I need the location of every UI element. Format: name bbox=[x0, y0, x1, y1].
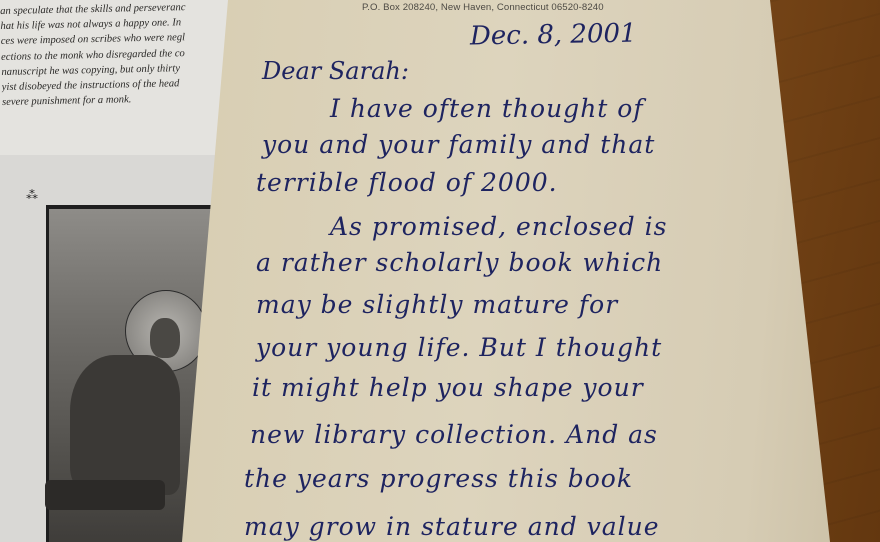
letter-line: the years progress this book bbox=[244, 464, 633, 493]
letter-line: terrible flood of 2000. bbox=[256, 168, 558, 197]
book-printed-text: an speculate that the skills and perseve… bbox=[0, 0, 242, 110]
letter-line: you and your family and that bbox=[262, 130, 655, 159]
letter-date: Dec. 8, 2001 bbox=[470, 19, 637, 52]
monk-body bbox=[70, 355, 180, 495]
letter-line: may be slightly mature for bbox=[256, 290, 618, 319]
letter-line: it might help you shape your bbox=[252, 373, 644, 402]
monk-head bbox=[150, 318, 180, 358]
letterhead-address: P.O. Box 208240, New Haven, Connecticut … bbox=[362, 2, 604, 13]
letter-salutation: Dear Sarah: bbox=[262, 57, 409, 85]
letter-line: new library collection. And as bbox=[250, 420, 658, 449]
letter-line: I have often thought of bbox=[330, 94, 644, 123]
monk-stool bbox=[45, 480, 165, 510]
letter-line: As promised, enclosed is bbox=[330, 212, 667, 241]
letter-line: may grow in stature and value bbox=[244, 512, 660, 541]
letter-line: your young life. But I thought bbox=[256, 333, 662, 362]
ornament-icon: ⁂ bbox=[26, 188, 38, 203]
letter-line: a rather scholarly book which bbox=[256, 248, 663, 277]
